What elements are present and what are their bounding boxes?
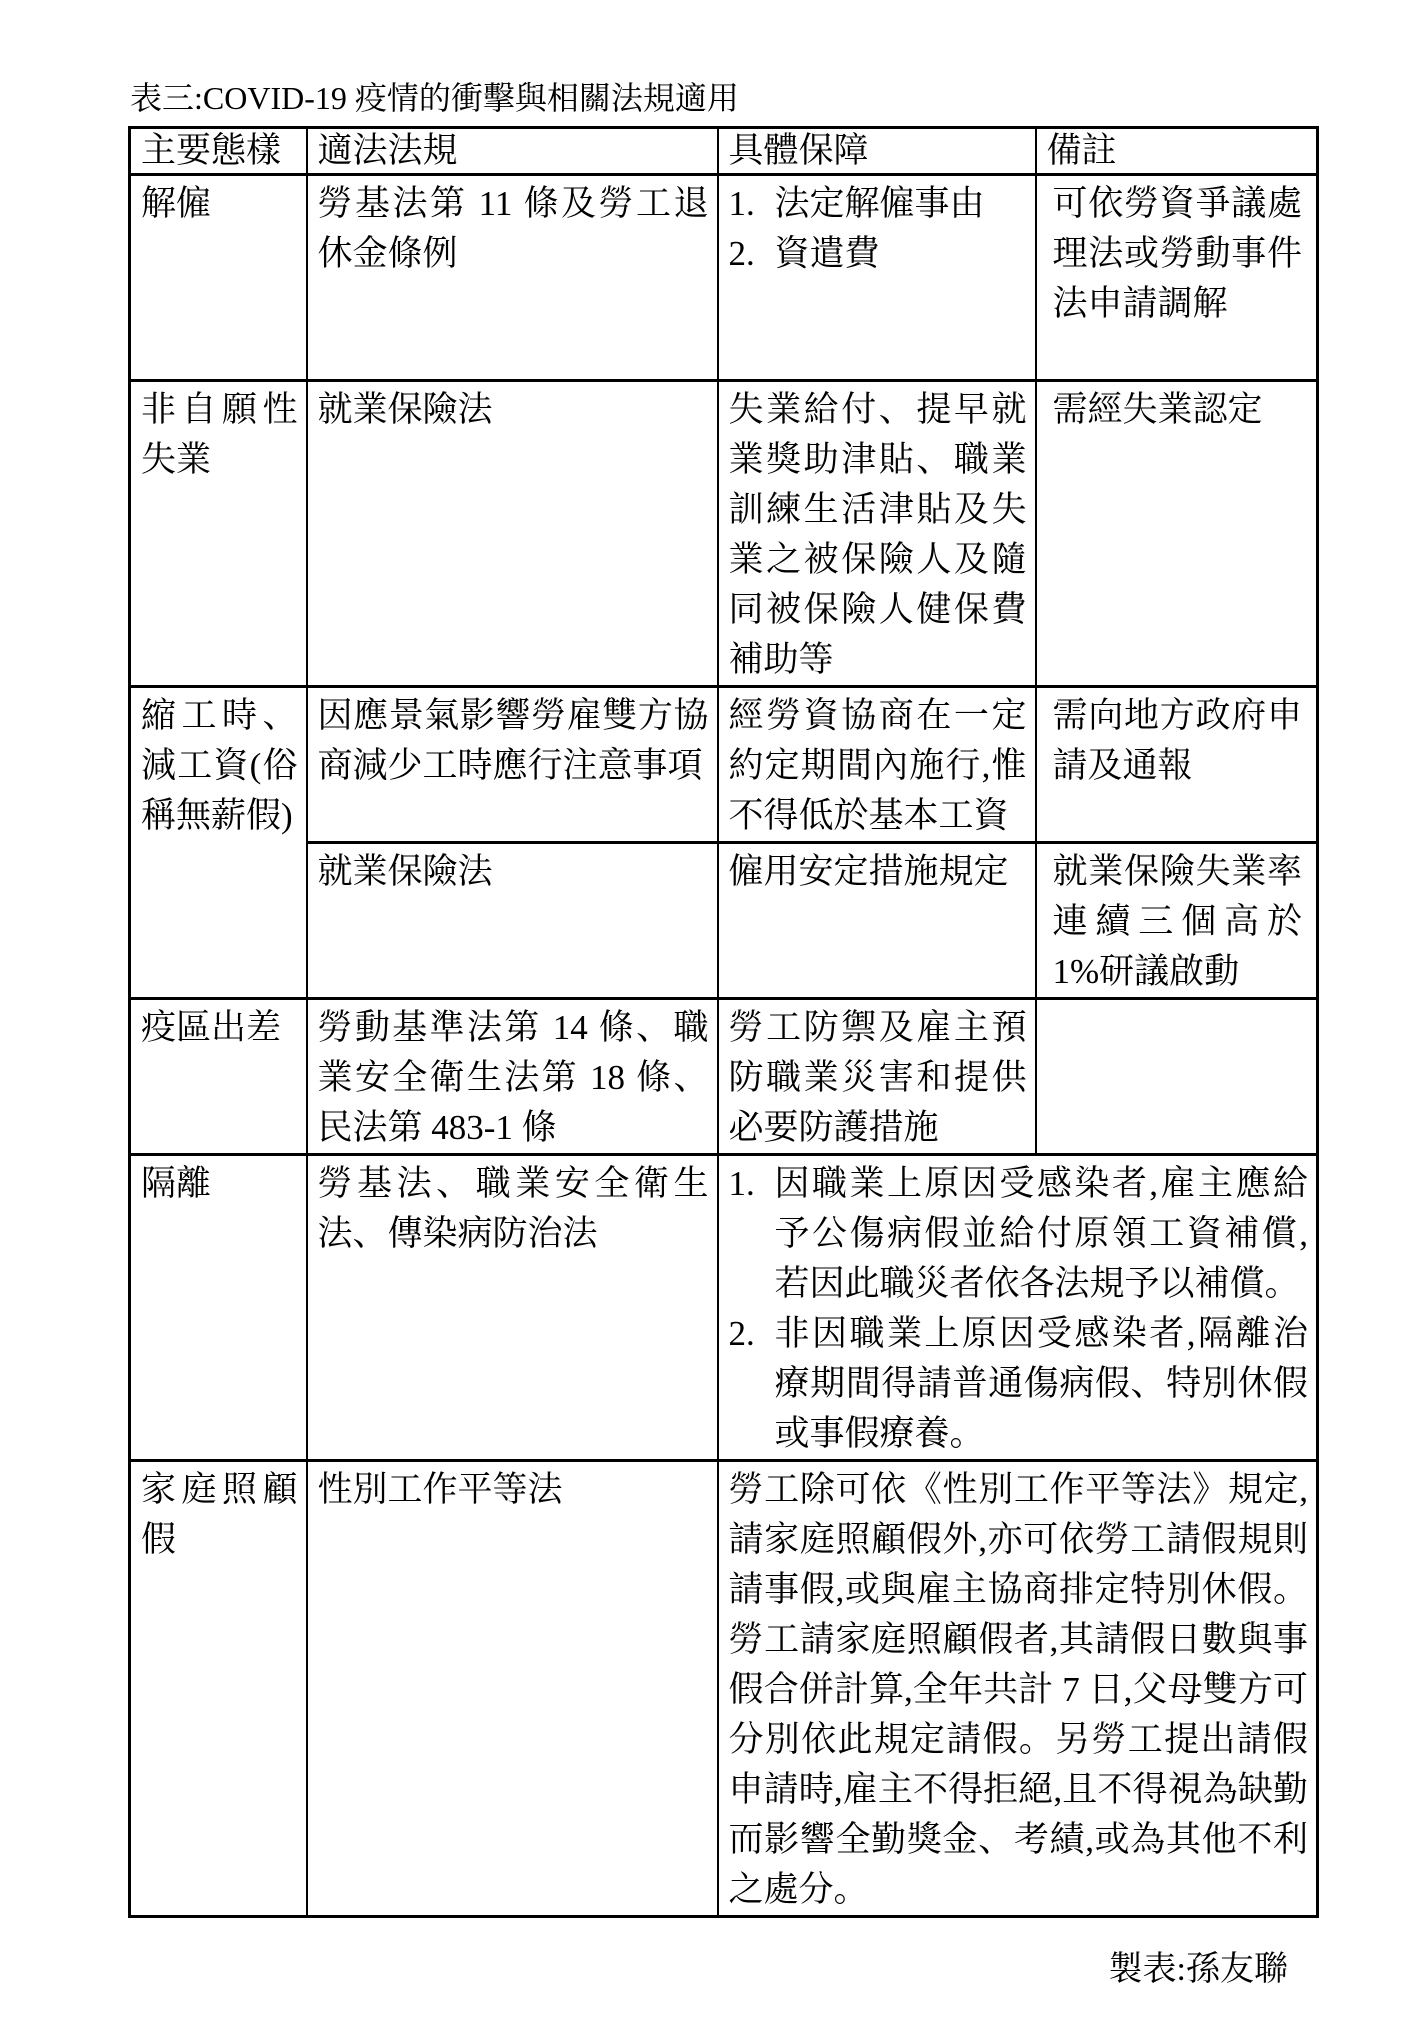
row-family-care-leave: 家庭照顧假 性別工作平等法 勞工除可依《性別工作平等法》規定,請家庭照顧假外,亦… — [130, 1461, 1318, 1917]
cell-law: 性別工作平等法 — [307, 1461, 718, 1917]
cell-protection-list: 1. 法定解僱事由 2. 資遣費 — [718, 175, 1036, 381]
cell-note: 就業保險失業率連續三個高於 1%研議啟動 — [1036, 843, 1318, 999]
col-header-law: 適法法規 — [307, 128, 718, 175]
table-caption: 表三:COVID-19 疫情的衝擊與相關法規適用 — [130, 80, 1418, 116]
cell-law: 因應景氣影響勞雇雙方協商減少工時應行注意事項 — [307, 687, 718, 843]
covid-regulations-table: 主要態樣 適法法規 具體保障 備註 解僱 勞基法第 11 條及勞工退休金條例 1… — [128, 126, 1319, 1918]
row-reduced-hours-b: 就業保險法 僱用安定措施規定 就業保險失業率連續三個高於 1%研議啟動 — [130, 843, 1318, 999]
cell-category: 非自願性失業 — [130, 381, 307, 687]
cell-law: 勞動基準法第 14 條、職業安全衛生法第 18 條、民法第 483-1 條 — [307, 999, 718, 1155]
list-item-text: 資遣費 — [775, 234, 880, 273]
cell-note: 需經失業認定 — [1036, 381, 1318, 687]
list-item-text: 法定解僱事由 — [775, 184, 985, 223]
cell-law: 就業保險法 — [307, 381, 718, 687]
col-header-note: 備註 — [1036, 128, 1318, 175]
row-involuntary-unemployment: 非自願性失業 就業保險法 失業給付、提早就業獎助津貼、職業訓練生活津貼及失業之被… — [130, 381, 1318, 687]
cell-note: 需向地方政府申請及通報 — [1036, 687, 1318, 843]
credit-line: 製表:孫友聯 — [128, 1950, 1316, 1990]
document-page: 表三:COVID-19 疫情的衝擊與相關法規適用 主要態樣 適法法規 具體保障 … — [0, 0, 1418, 2043]
cell-law: 勞基法、職業安全衛生法、傳染病防治法 — [307, 1155, 718, 1461]
cell-category: 縮工時、減工資(俗稱無薪假) — [130, 687, 307, 999]
col-header-protection: 具體保障 — [718, 128, 1036, 175]
list-item-text: 因職業上原因受感染者,雇主應給予公傷病假並給付原領工資補償,若因此職災者依各法規… — [775, 1164, 1309, 1303]
cell-protection: 經勞資協商在一定約定期間內施行,惟不得低於基本工資 — [718, 687, 1036, 843]
row-quarantine: 隔離 勞基法、職業安全衛生法、傳染病防治法 1. 因職業上原因受感染者,雇主應給… — [130, 1155, 1318, 1461]
cell-note: 可依勞資爭議處理法或勞動事件法申請調解 — [1036, 175, 1318, 381]
row-epidemic-area-travel: 疫區出差 勞動基準法第 14 條、職業安全衛生法第 18 條、民法第 483-1… — [130, 999, 1318, 1155]
list-item-number: 1. — [729, 1159, 755, 1209]
cell-protection-list: 1. 因職業上原因受感染者,雇主應給予公傷病假並給付原領工資補償,若因此職災者依… — [718, 1155, 1318, 1461]
cell-protection: 勞工防禦及雇主預防職業災害和提供必要防護措施 — [718, 999, 1036, 1155]
cell-law: 就業保險法 — [307, 843, 718, 999]
col-header-category: 主要態樣 — [130, 128, 307, 175]
cell-protection: 勞工除可依《性別工作平等法》規定,請家庭照顧假外,亦可依勞工請假規則請事假,或與… — [718, 1461, 1318, 1917]
cell-category: 隔離 — [130, 1155, 307, 1461]
list-item-number: 1. — [729, 179, 755, 229]
cell-note — [1036, 999, 1318, 1155]
cell-protection: 僱用安定措施規定 — [718, 843, 1036, 999]
list-item-number: 2. — [729, 229, 755, 279]
row-dismissal: 解僱 勞基法第 11 條及勞工退休金條例 1. 法定解僱事由 2. 資遣費 可依… — [130, 175, 1318, 381]
list-item: 2. 非因職業上原因受感染者,隔離治療期間得請普通傷病假、特別休假或事假療養。 — [729, 1309, 1309, 1459]
list-item-text: 非因職業上原因受感染者,隔離治療期間得請普通傷病假、特別休假或事假療養。 — [775, 1314, 1309, 1453]
list-item-number: 2. — [729, 1309, 755, 1359]
cell-category: 家庭照顧假 — [130, 1461, 307, 1917]
cell-law: 勞基法第 11 條及勞工退休金條例 — [307, 175, 718, 381]
list-item: 1. 因職業上原因受感染者,雇主應給予公傷病假並給付原領工資補償,若因此職災者依… — [729, 1159, 1309, 1309]
cell-category: 解僱 — [130, 175, 307, 381]
header-row: 主要態樣 適法法規 具體保障 備註 — [130, 128, 1318, 175]
row-reduced-hours-a: 縮工時、減工資(俗稱無薪假) 因應景氣影響勞雇雙方協商減少工時應行注意事項 經勞… — [130, 687, 1318, 843]
cell-protection: 失業給付、提早就業獎助津貼、職業訓練生活津貼及失業之被保險人及隨同被保險人健保費… — [718, 381, 1036, 687]
list-item: 1. 法定解僱事由 — [729, 179, 1027, 229]
cell-category: 疫區出差 — [130, 999, 307, 1155]
list-item: 2. 資遣費 — [729, 229, 1027, 279]
